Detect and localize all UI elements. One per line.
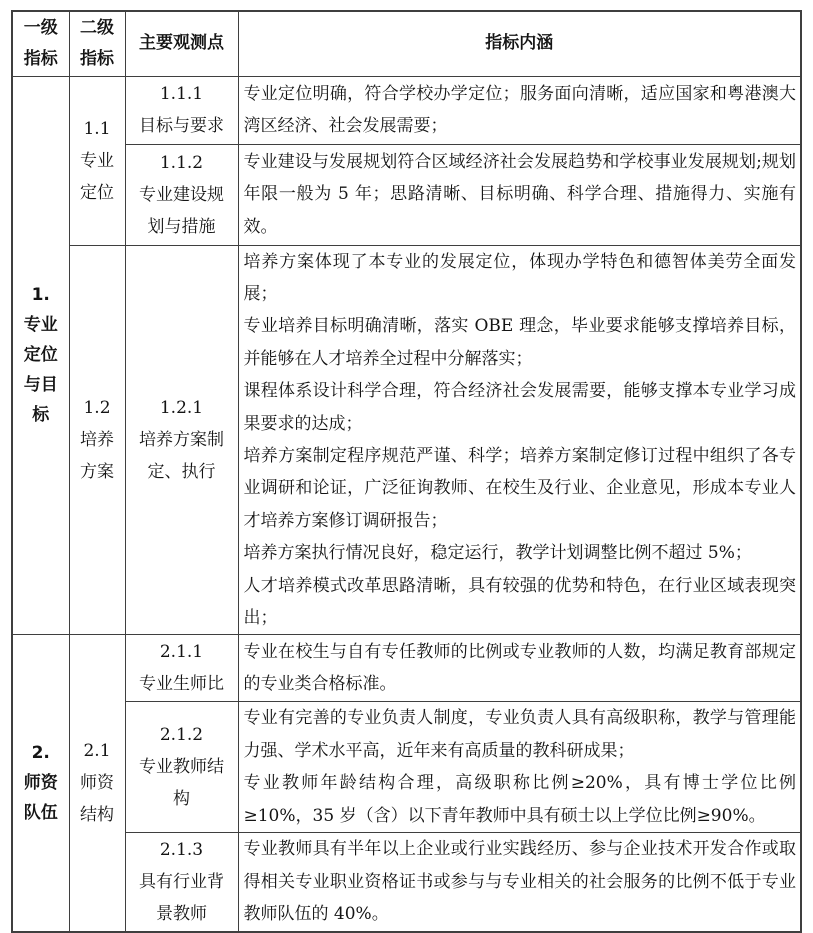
point-code: 1.1.2 (126, 147, 238, 179)
level1-title: 专业定位与目标 (22, 310, 59, 430)
point-title: 培养方案制定、执行 (138, 424, 226, 488)
content-cell-1-1-2: 专业建设与发展规划符合区域经济社会发展趋势和学校事业发展规划;规划年限一般为 5… (238, 144, 801, 245)
level1-cell-1: 1. 专业定位与目标 (12, 76, 69, 635)
level1-code: 2. (13, 738, 69, 768)
table-row: 1.2 培养方案 1.2.1 培养方案制定、执行 培养方案体现了本专业的发展定位… (12, 245, 801, 635)
level1-cell-2: 2. 师资队伍 (12, 635, 69, 932)
table-row: 2.1.3 具有行业背景教师 专业教师具有半年以上企业或行业实践经历、参与企业技… (12, 833, 801, 932)
point-code: 2.1.2 (126, 719, 238, 751)
point-title: 目标与要求 (138, 110, 226, 142)
paragraph: 专业教师年龄结构合理，高级职称比例≥20%，具有博士学位比例≥10%，35 岁（… (244, 767, 797, 832)
content-cell-1-2-1: 培养方案体现了本专业的发展定位，体现办学特色和德智体美劳全面发展； 专业培养目标… (238, 245, 801, 635)
point-cell-2-1-3: 2.1.3 具有行业背景教师 (125, 833, 238, 932)
level2-cell-1-2: 1.2 培养方案 (69, 245, 125, 635)
point-code: 2.1.3 (126, 834, 238, 866)
paragraph: 专业定位明确，符合学校办学定位；服务面向清晰，适应国家和粤港澳大湾区经济、社会发… (244, 78, 797, 143)
level2-cell-1-1: 1.1 专业定位 (69, 76, 125, 245)
paragraph: 人才培养模式改革思路清晰，具有较强的优势和特色，在行业区域表现突出； (244, 570, 797, 635)
level2-code: 1.1 (70, 113, 125, 145)
point-title: 具有行业背景教师 (138, 866, 226, 930)
point-code: 2.1.1 (126, 636, 238, 668)
header-row: 一级指标 二级指标 主要观测点 指标内涵 (12, 11, 801, 76)
point-cell-1-1-2: 1.1.2 专业建设规划与措施 (125, 144, 238, 245)
paragraph: 课程体系设计科学合理，符合经济社会发展需要，能够支撑本专业学习成果要求的达成； (244, 375, 797, 440)
paragraph: 专业有完善的专业负责人制度，专业负责人具有高级职称，教学与管理能力强、学术水平高… (244, 702, 797, 767)
paragraph: 培养方案执行情况良好，稳定运行，教学计划调整比例不超过 5%； (244, 537, 797, 569)
level2-code: 1.2 (70, 392, 125, 424)
point-cell-2-1-1: 2.1.1 专业生师比 (125, 635, 238, 702)
table-row: 1.1.2 专业建设规划与措施 专业建设与发展规划符合区域经济社会发展趋势和学校… (12, 144, 801, 245)
level2-title: 专业定位 (79, 145, 116, 209)
level2-title: 培养方案 (79, 424, 116, 488)
point-title: 专业生师比 (138, 668, 226, 700)
level2-cell-2-1: 2.1 师资结构 (69, 635, 125, 932)
point-cell-1-2-1: 1.2.1 培养方案制定、执行 (125, 245, 238, 635)
point-title: 专业教师结构 (138, 751, 226, 815)
paragraph: 培养方案体现了本专业的发展定位，体现办学特色和德智体美劳全面发展； (244, 246, 797, 311)
header-connotation: 指标内涵 (238, 11, 801, 76)
content-cell-2-1-1: 专业在校生与自有专任教师的比例或专业教师的人数，均满足教育部规定的专业类合格标准… (238, 635, 801, 702)
level2-title: 师资结构 (79, 767, 116, 831)
point-code: 1.2.1 (126, 392, 238, 424)
level1-title: 师资队伍 (22, 768, 59, 828)
point-cell-2-1-2: 2.1.2 专业教师结构 (125, 702, 238, 833)
point-title: 专业建设规划与措施 (138, 179, 226, 243)
content-cell-1-1-1: 专业定位明确，符合学校办学定位；服务面向清晰，适应国家和粤港澳大湾区经济、社会发… (238, 76, 801, 144)
point-code: 1.1.1 (126, 78, 238, 110)
header-level2: 二级指标 (69, 11, 125, 76)
point-cell-1-1-1: 1.1.1 目标与要求 (125, 76, 238, 144)
header-level1-label: 一级指标 (22, 13, 59, 75)
indicator-table: 一级指标 二级指标 主要观测点 指标内涵 1. 专业定位与目标 1.1 专业定位 (11, 10, 802, 933)
table-row: 2. 师资队伍 2.1 师资结构 2.1.1 专业生师比 专业在校生与自有专任教… (12, 635, 801, 702)
level1-code: 1. (13, 280, 69, 310)
header-level2-label: 二级指标 (79, 13, 116, 75)
table-row: 2.1.2 专业教师结构 专业有完善的专业负责人制度，专业负责人具有高级职称，教… (12, 702, 801, 833)
paragraph: 专业培养目标明确清晰，落实 OBE 理念，毕业要求能够支撑培养目标，并能够在人才… (244, 310, 797, 375)
paragraph: 专业在校生与自有专任教师的比例或专业教师的人数，均满足教育部规定的专业类合格标准… (244, 636, 797, 701)
paragraph: 培养方案制定程序规范严谨、科学；培养方案制定修订过程中组织了各专业调研和论证，广… (244, 440, 797, 537)
content-cell-2-1-2: 专业有完善的专业负责人制度，专业负责人具有高级职称，教学与管理能力强、学术水平高… (238, 702, 801, 833)
content-cell-2-1-3: 专业教师具有半年以上企业或行业实践经历、参与企业技术开发合作或取得相关专业职业资… (238, 833, 801, 932)
paragraph: 专业建设与发展规划符合区域经济社会发展趋势和学校事业发展规划;规划年限一般为 5… (244, 146, 797, 243)
header-connotation-label: 指标内涵 (239, 28, 801, 59)
table-row: 1. 专业定位与目标 1.1 专业定位 1.1.1 目标与要求 专业定位明确，符… (12, 76, 801, 144)
level2-code: 2.1 (70, 735, 125, 767)
paragraph: 专业教师具有半年以上企业或行业实践经历、参与企业技术开发合作或取得相关专业职业资… (244, 833, 797, 930)
header-observation-point-label: 主要观测点 (126, 28, 238, 59)
document-page: 一级指标 二级指标 主要观测点 指标内涵 1. 专业定位与目标 1.1 专业定位 (0, 0, 813, 933)
header-level1: 一级指标 (12, 11, 69, 76)
header-observation-point: 主要观测点 (125, 11, 238, 76)
